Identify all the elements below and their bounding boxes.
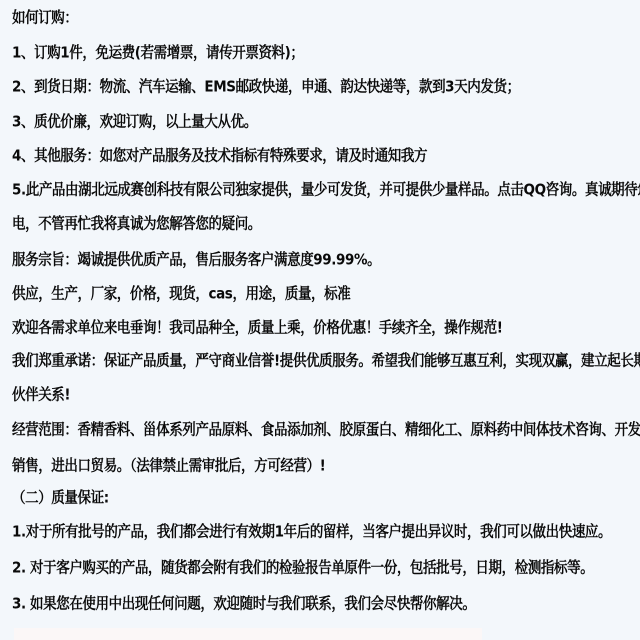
quality-item-1: 1.对于所有批号的产品，我们都会进行有效期1年后的留样，当客户提出异议时，我们可… [12,522,611,542]
order-item-1: 1、订购1件，免运费(若需增票，请传开票资料)； [12,43,304,63]
commitment: 我们郑重承诺：保证产品质量，严守商业信誉!提供优质服务。希望我们能够互惠互利，实… [12,351,640,371]
order-item-2: 2、到货日期：物流、汽车运输、EMS邮政快递，申通、韵达快递等，款到3天内发货； [12,77,520,97]
service-tenet: 服务宗旨：竭诚提供优质产品，售后服务客户满意度99.99%。 [12,250,380,270]
business-scope-cont: 销售，进出口贸易。（法律禁止需审批后，方可经营）! [12,456,325,476]
welcome-inquiry: 欢迎各需求单位来电垂询！我司品种全，质量上乘，价格优惠！手续齐全，操作规范! [12,318,502,338]
order-item-3: 3、质优价廉，欢迎订购，以上量大从优。 [12,112,257,132]
commitment-cont: 伙伴关系! [12,385,70,405]
bottom-panel-edge [14,628,482,640]
business-scope: 经营范围：香精香料、甾体系列产品原料、食品添加剂、胶原蛋白、精细化工、原料药中间… [12,420,640,440]
quality-item-2: 2. 对于客户购买的产品，随货都会附有我们的检验报告单原件一份，包括批号，日期，… [12,558,593,578]
product-info-document: 如何订购： 1、订购1件，免运费(若需增票，请传开票资料)； 2、到货日期：物流… [0,0,640,640]
order-item-5: 5.此产品由湖北远成赛创科技有限公司独家提供，量少可发货，并可提供少量样品。点击… [12,180,640,200]
order-item-4: 4、其他服务：如您对产品服务及技术指标有特殊要求，请及时通知我方 [12,146,427,166]
quality-item-3: 3. 如果您在使用中出现任何问题，欢迎随时与我们联系，我们会尽快帮你解决。 [12,594,475,614]
keywords-line: 供应，生产，厂家，价格，现货，cas，用途，质量，标准 [12,284,350,304]
heading-quality-assurance: （二）质量保证: [12,488,109,508]
heading-how-to-order: 如何订购： [12,8,78,28]
order-item-5-cont: 电，不管再忙我将真诚为您解答您的疑问。 [12,214,261,234]
